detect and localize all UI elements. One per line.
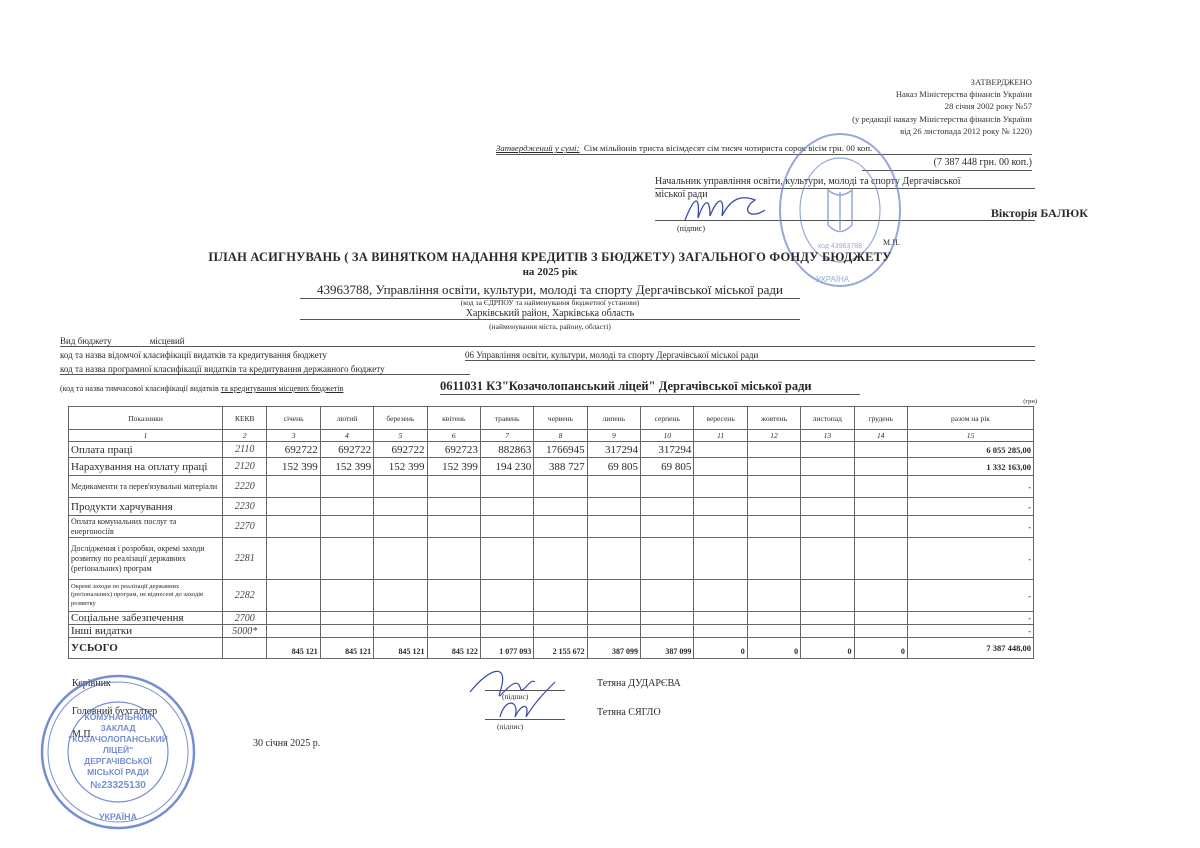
month-value: 692722 [267, 442, 320, 458]
month-value [694, 498, 747, 516]
month-value [267, 498, 320, 516]
table-row: Нарахування на оплату праці2120152 39915… [69, 458, 1034, 476]
month-value [587, 612, 640, 625]
approved-sum-label: Затверджений у сумі: [496, 143, 580, 153]
head-name: Вікторія БАЛЮК [991, 206, 1088, 221]
row-total: - [907, 612, 1033, 625]
table-row: Дослідження і розробки, окремі заходи ро… [69, 538, 1034, 580]
month-value [427, 538, 480, 580]
month-value [374, 612, 427, 625]
month-value [320, 612, 373, 625]
svg-text:№23325130: №23325130 [90, 780, 146, 791]
head-name-bottom: Тетяна ДУДАРЄВА [597, 678, 681, 689]
column-number: 14 [854, 430, 907, 442]
column-number: 6 [427, 430, 480, 442]
month-value [747, 625, 800, 638]
row-label: Оплата праці [69, 442, 223, 458]
total-label: УСЬОГО [69, 638, 223, 659]
month-value [267, 625, 320, 638]
month-value: 317294 [641, 442, 694, 458]
month-value: 152 399 [267, 458, 320, 476]
dept-class-row: код та назва відомчої класифікації видат… [60, 350, 1035, 360]
month-value [801, 580, 854, 612]
month-value [320, 580, 373, 612]
institution-name: 43963788, Управління освіти, культури, м… [300, 282, 800, 299]
month-value [854, 458, 907, 476]
month-value: 1766945 [534, 442, 587, 458]
total-month-value: 845 121 [267, 638, 320, 659]
month-value: 692723 [427, 442, 480, 458]
month-value [587, 538, 640, 580]
total-month-value: 0 [801, 638, 854, 659]
month-value [747, 498, 800, 516]
month-value [374, 580, 427, 612]
month-value [374, 625, 427, 638]
row-total: - [907, 580, 1033, 612]
month-value [747, 442, 800, 458]
table-row: Окремі заходи по реалізації державних (р… [69, 580, 1034, 612]
column-number: 5 [374, 430, 427, 442]
table-row: Оплата праці2110692722692722692722692723… [69, 442, 1034, 458]
month-value [641, 538, 694, 580]
month-value [854, 625, 907, 638]
month-value [427, 516, 480, 538]
document-date: 30 січня 2025 р. [253, 738, 320, 749]
month-value [854, 442, 907, 458]
row-label: Нарахування на оплату праці [69, 458, 223, 476]
column-header: КЕКВ [223, 407, 267, 430]
table-row: Інші видатки5000*- [69, 625, 1034, 638]
month-value [694, 580, 747, 612]
month-value [801, 498, 854, 516]
month-value [480, 498, 533, 516]
month-value: 388 727 [534, 458, 587, 476]
month-value [854, 498, 907, 516]
month-value [641, 625, 694, 638]
kekv-code: 2230 [223, 498, 267, 516]
allocation-table: ПоказникиКЕКВсіченьлютийберезеньквітеньт… [68, 406, 1034, 659]
row-total: 1 332 163,00 [907, 458, 1033, 476]
column-header: грудень [854, 407, 907, 430]
month-value [641, 476, 694, 498]
month-value [694, 458, 747, 476]
month-value: 69 805 [587, 458, 640, 476]
month-value: 194 230 [480, 458, 533, 476]
row-label: Продукти харчування [69, 498, 223, 516]
institution-caption: (код за ЄДРПОУ та найменування бюджетної… [300, 298, 800, 307]
column-header: квітень [427, 407, 480, 430]
grand-total: 7 387 448,00 [907, 638, 1033, 659]
column-number: 13 [801, 430, 854, 442]
column-number: 9 [587, 430, 640, 442]
month-value [801, 625, 854, 638]
month-value [480, 476, 533, 498]
month-value [480, 612, 533, 625]
row-total: - [907, 498, 1033, 516]
column-header: червень [534, 407, 587, 430]
row-total: - [907, 516, 1033, 538]
month-value [694, 625, 747, 638]
total-month-value: 0 [854, 638, 907, 659]
month-value [320, 538, 373, 580]
budget-type-label: Вид бюджету [60, 336, 111, 346]
month-value: 152 399 [427, 458, 480, 476]
column-header: разом на рік [907, 407, 1033, 430]
total-month-value: 845 121 [320, 638, 373, 659]
month-value [480, 625, 533, 638]
month-value [854, 476, 907, 498]
month-value [587, 580, 640, 612]
svg-text:ЛІЦЕЙ": ЛІЦЕЙ" [103, 744, 133, 755]
region-name: Харківський район, Харківська область [300, 308, 800, 320]
row-label: Медикаменти та перев'язувальні матеріали [69, 476, 223, 498]
month-value: 152 399 [374, 458, 427, 476]
kekv-code: 2700 [223, 612, 267, 625]
column-header: січень [267, 407, 320, 430]
month-value [534, 612, 587, 625]
month-value: 317294 [587, 442, 640, 458]
month-value [534, 498, 587, 516]
month-value: 882863 [480, 442, 533, 458]
column-number: 1 [69, 430, 223, 442]
region-caption: (найменування міста, району, області) [300, 322, 800, 331]
approval-line: 28 січня 2002 року №57 [852, 100, 1032, 112]
month-value [480, 516, 533, 538]
column-number: 2 [223, 430, 267, 442]
kekv-code: 2282 [223, 580, 267, 612]
total-code [223, 638, 267, 659]
month-value [427, 580, 480, 612]
month-value [641, 580, 694, 612]
approval-line: (у редакції наказу Міністерства фінансів… [852, 113, 1032, 125]
month-value [801, 442, 854, 458]
month-value [267, 538, 320, 580]
row-label: Дослідження і розробки, окремі заходи ро… [69, 538, 223, 580]
month-value [320, 516, 373, 538]
month-value [374, 476, 427, 498]
svg-text:УКРАЇНА: УКРАЇНА [99, 812, 138, 822]
month-value [534, 580, 587, 612]
month-value [587, 516, 640, 538]
kekv-code: 2270 [223, 516, 267, 538]
month-value [587, 476, 640, 498]
total-month-value: 2 155 672 [534, 638, 587, 659]
month-value [427, 476, 480, 498]
column-header: лютий [320, 407, 373, 430]
column-header: серпень [641, 407, 694, 430]
month-value [747, 516, 800, 538]
column-header: листопад [801, 407, 854, 430]
month-value: 692722 [320, 442, 373, 458]
month-value [480, 580, 533, 612]
month-value [854, 580, 907, 612]
column-header: травень [480, 407, 533, 430]
accountant-name: Тетяна СЯГЛО [597, 707, 661, 718]
document-year: на 2025 рік [0, 266, 1100, 278]
svg-text:КОМУНАЛЬНИЙ: КОМУНАЛЬНИЙ [85, 711, 152, 722]
column-number: 12 [747, 430, 800, 442]
column-number: 7 [480, 430, 533, 442]
table-row: Оплата комунальних послуг та енергоносії… [69, 516, 1034, 538]
month-value [641, 498, 694, 516]
column-number: 4 [320, 430, 373, 442]
approval-line: ЗАТВЕРДЖЕНО [852, 76, 1032, 88]
month-value [534, 538, 587, 580]
table-total-row: УСЬОГО845 121845 121845 121845 1221 077 … [69, 638, 1034, 659]
column-header: липень [587, 407, 640, 430]
month-value [641, 516, 694, 538]
total-month-value: 387 099 [587, 638, 640, 659]
svg-text:код 43963788: код 43963788 [818, 243, 862, 250]
month-value [320, 625, 373, 638]
month-value [267, 580, 320, 612]
svg-text:ДЕРГАЧІВСЬКОЇ: ДЕРГАЧІВСЬКОЇ [84, 756, 152, 766]
month-value [374, 516, 427, 538]
month-value [534, 516, 587, 538]
row-total: 6 055 285,00 [907, 442, 1033, 458]
table-column-numbers-row: 123456789101112131415 [69, 430, 1034, 442]
column-header: березень [374, 407, 427, 430]
kekv-code: 2120 [223, 458, 267, 476]
currency-label: (грн) [1023, 398, 1037, 405]
temp-class-label: (код та назва тимчасової класифікації ви… [60, 384, 221, 393]
month-value [587, 498, 640, 516]
total-month-value: 845 122 [427, 638, 480, 659]
month-value [854, 538, 907, 580]
temp-class-label-b: та кредитування місцевих бюджетів [221, 384, 344, 393]
row-total: - [907, 625, 1033, 638]
month-value [801, 458, 854, 476]
column-header: жовтень [747, 407, 800, 430]
column-header: Показники [69, 407, 223, 430]
temp-class-value: 0611031 КЗ"Козачолопанський ліцей" Дерга… [440, 379, 860, 395]
row-total: - [907, 476, 1033, 498]
column-header: вересень [694, 407, 747, 430]
month-value [694, 612, 747, 625]
total-month-value: 1 077 093 [480, 638, 533, 659]
month-value [427, 498, 480, 516]
month-value [267, 476, 320, 498]
table-header-row: ПоказникиКЕКВсіченьлютийберезеньквітеньт… [69, 407, 1034, 430]
row-total: - [907, 538, 1033, 580]
kekv-code: 5000* [223, 625, 267, 638]
month-value [694, 476, 747, 498]
column-number: 3 [267, 430, 320, 442]
month-value [801, 476, 854, 498]
month-value [427, 612, 480, 625]
approved-sum-words: Затверджений у сумі: Сім мільйонів трист… [496, 143, 1032, 155]
month-value [747, 580, 800, 612]
approval-block: ЗАТВЕРДЖЕНО Наказ Міністерства фінансів … [852, 76, 1032, 137]
month-value [320, 476, 373, 498]
month-value [320, 498, 373, 516]
svg-text:ЗАКЛАД: ЗАКЛАД [100, 723, 135, 733]
month-value [694, 442, 747, 458]
month-value [534, 476, 587, 498]
row-label: Соціальне забезпечення [69, 612, 223, 625]
table-row: Продукти харчування2230- [69, 498, 1034, 516]
signature-scribble-icon [680, 190, 770, 230]
svg-text:"КОЗАЧОЛОПАНСЬКИЙ: "КОЗАЧОЛОПАНСЬКИЙ [68, 733, 168, 744]
column-number: 11 [694, 430, 747, 442]
month-value [747, 458, 800, 476]
month-value [801, 612, 854, 625]
dept-class-label: код та назва відомчої класифікації видат… [60, 350, 327, 360]
lower-stamp-icon: КОМУНАЛЬНИЙ ЗАКЛАД "КОЗАЧОЛОПАНСЬКИЙ ЛІЦ… [38, 672, 198, 832]
month-value [267, 612, 320, 625]
month-value [374, 538, 427, 580]
column-number: 10 [641, 430, 694, 442]
kekv-code: 2281 [223, 538, 267, 580]
document-title: ПЛАН АСИГНУВАНЬ ( ЗА ВИНЯТКОМ НАДАННЯ КР… [0, 250, 1100, 265]
column-number: 8 [534, 430, 587, 442]
month-value: 692722 [374, 442, 427, 458]
month-value [854, 612, 907, 625]
month-value [801, 538, 854, 580]
month-value [267, 516, 320, 538]
month-value [641, 612, 694, 625]
table-row: Медикаменти та перев'язувальні матеріали… [69, 476, 1034, 498]
month-value [480, 538, 533, 580]
row-label: Інші видатки [69, 625, 223, 638]
month-value [747, 476, 800, 498]
total-month-value: 387 099 [641, 638, 694, 659]
total-month-value: 845 121 [374, 638, 427, 659]
month-value [747, 612, 800, 625]
kekv-code: 2220 [223, 476, 267, 498]
month-value [534, 625, 587, 638]
temp-class-row: (код та назва тимчасової класифікації ви… [60, 384, 1035, 393]
total-month-value: 0 [747, 638, 800, 659]
month-value [747, 538, 800, 580]
prog-class-label: код та назва програмної класифікації вид… [60, 364, 470, 375]
column-number: 15 [907, 430, 1033, 442]
budget-type-value: місцевий [150, 336, 185, 346]
month-value [694, 538, 747, 580]
month-value [587, 625, 640, 638]
row-label: Окремі заходи по реалізації державних (р… [69, 580, 223, 612]
kekv-code: 2110 [223, 442, 267, 458]
approval-line: Наказ Міністерства фінансів України [852, 88, 1032, 100]
month-value [374, 498, 427, 516]
total-month-value: 0 [694, 638, 747, 659]
month-value [427, 625, 480, 638]
month-value [854, 516, 907, 538]
month-value [694, 516, 747, 538]
table-row: Соціальне забезпечення2700- [69, 612, 1034, 625]
svg-text:МІСЬКОЇ РАДИ: МІСЬКОЇ РАДИ [87, 767, 149, 777]
row-label: Оплата комунальних послуг та енергоносії… [69, 516, 223, 538]
budget-type-row: Вид бюджету місцевий [60, 336, 1035, 347]
dept-class-value: 06 Управління освіти, культури, молоді т… [465, 350, 1035, 361]
month-value: 152 399 [320, 458, 373, 476]
month-value [801, 516, 854, 538]
signature-scribble-icon [460, 662, 570, 732]
month-value: 69 805 [641, 458, 694, 476]
